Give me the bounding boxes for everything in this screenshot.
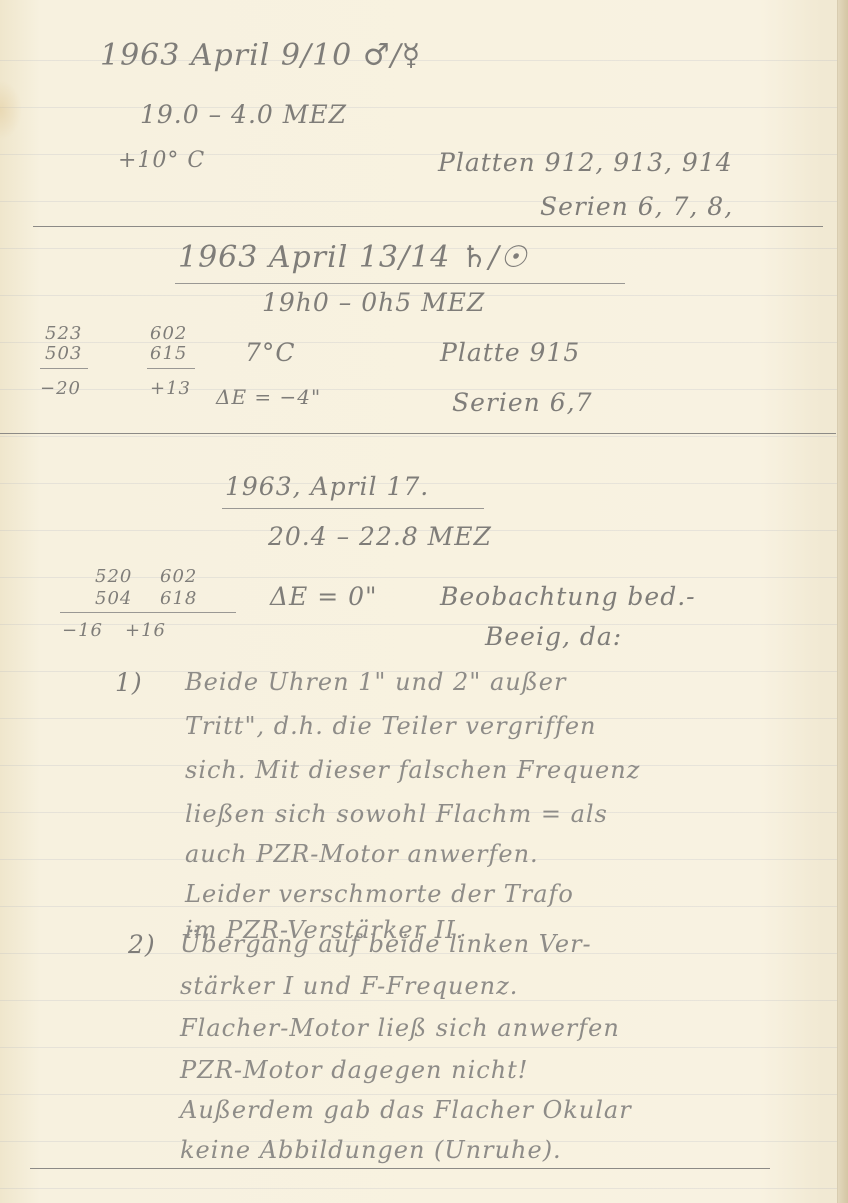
calc-right-sum-rule (147, 368, 195, 369)
entry-1-header: 1963 April 9/10 ♂/☿ (100, 38, 421, 73)
entry-2-temperature: 7°C (245, 338, 296, 367)
page-binding-edge (837, 0, 848, 1203)
point-1-line: Beide Uhren 1" und 2" außer (185, 668, 566, 696)
entry-2-delta: ΔE = −4" (216, 385, 321, 409)
entry-3-note-intro-2: Beeig, da: (485, 622, 622, 651)
point-1-line: Leider verschmorte der Trafo (185, 880, 574, 908)
entry-3-time: 20.4 – 22.8 MEZ (268, 522, 492, 551)
point-1-marker: 1) (115, 668, 143, 697)
point-1-line: Tritt", d.h. die Teiler vergriffen (185, 712, 597, 740)
calc-right-result: +16 (125, 620, 166, 641)
header-underline (175, 283, 625, 284)
calc-right-line-2: 618 (160, 588, 197, 609)
entry-divider (30, 1168, 770, 1169)
point-2-line: Außerdem gab das Flacher Okular (180, 1096, 632, 1124)
point-1-line: sich. Mit dieser falschen Frequenz (185, 756, 640, 784)
entry-3-delta: ΔE = 0" (270, 582, 378, 611)
calc-right-line-1: 602 (160, 566, 197, 587)
calc-left-line-1: 523 (45, 323, 82, 344)
calc-sum-rule (60, 612, 236, 613)
point-2-line: Flacher-Motor ließ sich anwerfen (180, 1014, 620, 1042)
entry-1-series: Serien 6, 7, 8, (540, 192, 733, 221)
entry-3-header: 1963, April 17. (225, 472, 429, 501)
entry-divider (33, 226, 823, 227)
point-1-line: auch PZR-Motor anwerfen. (185, 840, 539, 868)
point-2-line: stärker I und F-Frequenz. (180, 972, 518, 1000)
calc-left-sum-rule (40, 368, 88, 369)
entry-1-plates: Platten 912, 913, 914 (438, 148, 733, 177)
calc-left-line-1: 520 (95, 566, 132, 587)
entry-1-temperature: +10° C (118, 148, 205, 173)
entry-2-series: Serien 6,7 (452, 388, 592, 417)
point-2-marker: 2) (128, 930, 156, 959)
paper-stain (0, 80, 22, 140)
entry-2-time: 19h0 – 0h5 MEZ (262, 288, 485, 317)
calc-left-line-2: 504 (95, 588, 132, 609)
point-2-line: keine Abbildungen (Unruhe). (180, 1136, 562, 1164)
entry-2-plates: Platte 915 (440, 338, 580, 367)
notebook-page: 1963 April 9/10 ♂/☿ 19.0 – 4.0 MEZ +10° … (0, 0, 848, 1203)
calc-right-line-1: 602 (150, 323, 187, 344)
calc-left-line-2: 503 (45, 343, 82, 364)
entry-divider (0, 433, 836, 434)
calc-right-result: +13 (150, 378, 191, 399)
calc-left-result: −16 (62, 620, 103, 641)
calc-right-line-2: 615 (150, 343, 187, 364)
entry-2-header: 1963 April 13/14 ♄/☉ (178, 240, 528, 275)
header-underline (222, 508, 484, 509)
point-1-line: ließen sich sowohl Flachm = als (185, 800, 608, 828)
point-2-line: Übergang auf beide linken Ver- (180, 930, 592, 958)
entry-3-note-intro-1: Beobachtung bed.- (440, 582, 696, 611)
point-2-line: PZR-Motor dagegen nicht! (180, 1056, 528, 1084)
calc-left-result: −20 (40, 378, 81, 399)
entry-1-time: 19.0 – 4.0 MEZ (140, 100, 347, 129)
